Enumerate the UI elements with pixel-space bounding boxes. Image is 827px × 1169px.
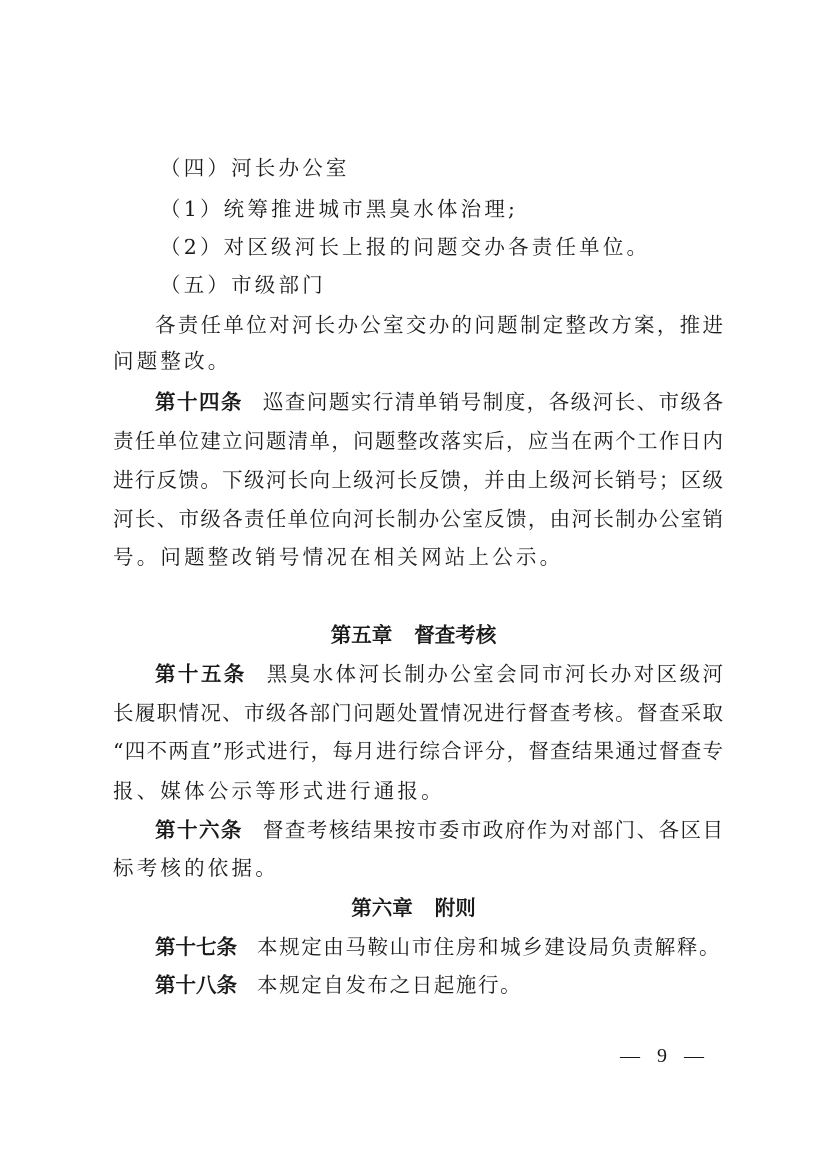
list-item: （1）统筹推进城市黑臭水体治理; bbox=[160, 196, 770, 222]
paragraph-line: 标考核的依据。 bbox=[113, 855, 723, 881]
article-16: 第十六条督查考核结果按市委市政府作为对部门、各区目 bbox=[155, 817, 723, 843]
chapter-title: 附则 bbox=[435, 896, 476, 920]
page-number: — 9 — bbox=[620, 1045, 710, 1068]
article-label: 第十八条 bbox=[155, 973, 237, 997]
chapter-5-heading: 第五章督查考核 bbox=[0, 622, 827, 648]
chapter-title: 督查考核 bbox=[414, 623, 496, 647]
article-label: 第十五条 bbox=[155, 662, 247, 686]
paragraph-line: “四不两直”形式进行，每月进行综合评分，督查结果通过督查专 bbox=[113, 738, 723, 764]
paragraph-line: 责任单位建立问题清单，问题整改落实后，应当在两个工作日内 bbox=[113, 428, 723, 454]
article-label: 第十六条 bbox=[155, 818, 243, 842]
list-item: （2）对区级河长上报的问题交办各责任单位。 bbox=[160, 234, 770, 260]
article-17: 第十七条本规定由马鞍山市住房和城乡建设局负责解释。 bbox=[155, 934, 723, 960]
paragraph-line: 问题整改。 bbox=[113, 348, 723, 374]
paragraph-line: 黑臭水体河长制办公室会同市河长办对区级河 bbox=[267, 662, 723, 686]
article-label: 第十四条 bbox=[155, 390, 243, 414]
paragraph-line: 巡查问题实行清单销号制度，各级河长、市级各 bbox=[263, 390, 723, 414]
article-14: 第十四条巡查问题实行清单销号制度，各级河长、市级各 bbox=[155, 389, 723, 415]
paragraph-line: 长履职情况、市级各部门问题处置情况进行督查考核。督查采取 bbox=[113, 700, 723, 726]
paragraph-line: 报、媒体公示等形式进行通报。 bbox=[113, 778, 723, 804]
paragraph-line: 各责任单位对河长办公室交办的问题制定整改方案，推进 bbox=[155, 312, 723, 338]
article-18: 第十八条本规定自发布之日起施行。 bbox=[155, 972, 723, 998]
chapter-6-heading: 第六章附则 bbox=[0, 895, 827, 921]
section-heading-4: （四）河长办公室 bbox=[160, 155, 770, 181]
paragraph-line: 进行反馈。下级河长向上级河长反馈，并由上级河长销号；区级 bbox=[113, 467, 723, 493]
section-heading-5: （五）市级部门 bbox=[160, 272, 770, 298]
paragraph-line: 河长、市级各责任单位向河长制办公室反馈，由河长制办公室销 bbox=[113, 506, 723, 532]
article-label: 第十七条 bbox=[155, 935, 237, 959]
chapter-number: 第五章 bbox=[331, 623, 393, 647]
paragraph-line: 本规定自发布之日起施行。 bbox=[257, 973, 522, 997]
paragraph-line: 号。问题整改销号情况在相关网站上公示。 bbox=[113, 544, 723, 570]
paragraph-line: 督查考核结果按市委市政府作为对部门、各区目 bbox=[263, 818, 723, 842]
article-15: 第十五条黑臭水体河长制办公室会同市河长办对区级河 bbox=[155, 661, 723, 687]
chapter-number: 第六章 bbox=[351, 896, 413, 920]
paragraph-line: 本规定由马鞍山市住房和城乡建设局负责解释。 bbox=[257, 935, 721, 959]
